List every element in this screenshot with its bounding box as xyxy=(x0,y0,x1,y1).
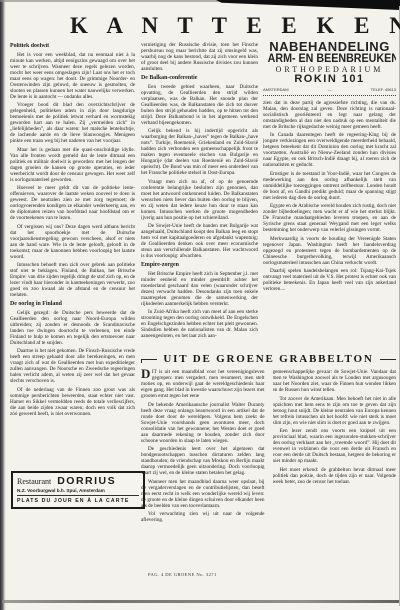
dorrius-name: DORRIUS xyxy=(57,475,116,487)
section-heading-balkan-conferentie: De Balkan-conferentie xyxy=(141,75,258,81)
grabbelton-columns: DIT is uit een maandblad voor het vereen… xyxy=(141,369,396,557)
dorrius-address: N.Z. Voorburgwal b.h. Spui, Amsterdam xyxy=(17,488,139,493)
paragraph-text: IT is uit een maandblad voor het vereeni… xyxy=(141,369,265,399)
paragraph: DIT is uit een maandblad voor het vereen… xyxy=(141,369,265,399)
paragraph: Gelijk gezegd: de Duitsche pers beweerde… xyxy=(10,310,135,346)
page-footer: PAG. 4 DE GROENE No. 3271 xyxy=(148,572,217,577)
dorrius-title-row: Restaurant DORRIUS xyxy=(17,475,139,487)
section-heading-oorlog-in-finland: De oorlog in Finland xyxy=(10,301,135,307)
paragraph: Gelijk bekend is hij indertijd opgericht… xyxy=(141,128,258,176)
paragraph: De Sowjet-Unie heeft de banden met Bulga… xyxy=(141,223,258,259)
grabbelton-section: UIT DE GROENE GRABBELTON DIT is uit een … xyxy=(141,353,396,557)
paragraph: Daartoe is het niet gekomen. De Finsch-R… xyxy=(10,348,135,384)
paragraph: Een tweede gebied waarheen, naar Duitsch… xyxy=(141,84,258,126)
paragraph: Hoeveel te meer geldt dit van de politie… xyxy=(10,185,135,221)
paragraph: Wanneer men het maandblad daarna weer op… xyxy=(141,479,265,509)
dorrius-menu-line: PLATS DU JOUR EN À LA CARTE xyxy=(17,498,139,504)
section-heading-empire-zorgen: Empire-zorgen xyxy=(141,262,258,268)
paragraph: De bekende Amerikaansche journalist Walt… xyxy=(141,402,265,444)
heading-rule-left xyxy=(141,359,157,360)
paragraph: Egypte en de Arabische wereld houden zic… xyxy=(263,203,396,233)
column-middle: vernietiging der Russische divisie, toen… xyxy=(141,42,258,350)
paragraph: Het moet erkend: de grabbelton bevat dit… xyxy=(273,467,397,485)
scan-edge-left xyxy=(0,0,6,610)
paragraph: Het is voor een weekblad, dat nu eenmaal… xyxy=(10,52,135,100)
grabbelton-heading-row: UIT DE GROENE GRABBELTON xyxy=(141,353,396,365)
ortho-ad-line2: ARM- EN BEENBREUKEN xyxy=(268,53,392,65)
paragraph: vernietiging der Russische divisie, toen… xyxy=(141,42,258,72)
paragraph: zien dat in deze partij de agressiefste … xyxy=(263,100,396,130)
scan-shadow-top-right xyxy=(216,0,400,10)
paragraph: Vroeger bood dit blad den overzichtschri… xyxy=(10,102,135,144)
paragraph: Maar het is gedaan met die quasi-onschul… xyxy=(10,147,135,183)
paragraph: Vol verwachting zien wij uit naar de vol… xyxy=(141,511,265,523)
ortho-ad-dash: — xyxy=(328,87,332,93)
ortho-ad-line4: ROKIN 101 xyxy=(263,74,396,85)
paragraph: Of de nederlaag van de Finnen zoo groot … xyxy=(10,387,135,417)
scan-edge-top xyxy=(0,0,232,2)
drop-cap: D xyxy=(141,369,150,380)
paragraph: Merkwaardig is voorts de houding der Ver… xyxy=(263,236,396,266)
column-left: Politiek doelwit Het is voor een weekbla… xyxy=(10,43,135,469)
heading-rule-right xyxy=(380,359,396,360)
ortho-ad-line1: NABEHANDELING xyxy=(263,40,396,53)
paragraph: Vraagt men zich nu af, of op de genoemde… xyxy=(141,179,258,221)
paragraph: Een lezer zendt ons voorts een knipsel u… xyxy=(273,428,397,464)
dorrius-restaurant-label: Restaurant xyxy=(17,477,51,486)
paragraph: Daarbij spelen handelsbelangen een rol: … xyxy=(263,268,396,292)
grabbelton-column-right: gemeenschappelijke gevaar: de Sowjet-Uni… xyxy=(273,369,397,557)
section-heading-politiek-doelwit: Politiek doelwit xyxy=(10,43,135,49)
orthopedarium-ad: NABEHANDELING ARM- EN BEENBREUKEN ORTHOP… xyxy=(263,40,396,96)
newspaper-page: K A N T T E E K E N I N G E N Politiek d… xyxy=(0,0,400,610)
dorrius-divider xyxy=(17,495,139,496)
column-right: NABEHANDELING ARM- EN BEENBREUKEN ORTHOP… xyxy=(263,40,396,351)
paragraph: Het Britsche Empire heeft zich in Septem… xyxy=(141,271,258,307)
grabbelton-heading: UIT DE GROENE GRABBELTON xyxy=(163,353,373,365)
ortho-ad-city: AMSTERDAM xyxy=(263,87,289,93)
ortho-ad-phone: TELEF. 40613 xyxy=(371,87,396,93)
scan-edge-bottom xyxy=(2,600,400,603)
page-title: K A N T T E E K E N I N G E N xyxy=(70,13,380,39)
paragraph: De geschiedenis leert over het algemeen … xyxy=(141,446,265,476)
paragraph: gemeenschappelijke gevaar: de Sowjet-Uni… xyxy=(273,369,397,393)
paragraph: In Zuid-Afrika heeft zich van meet af aa… xyxy=(141,309,258,339)
grabbelton-column-left: DIT is uit een maandblad voor het vereen… xyxy=(141,369,265,557)
paragraph: Of vergissen wij ons? Deze dagen werd al… xyxy=(10,224,135,260)
paragraph: Ernstiger is de toestand in Voor-Indië, … xyxy=(263,171,396,201)
paragraph: In Canada daarentegen heeft de regeering… xyxy=(263,132,396,168)
restaurant-dorrius-ad: Restaurant DORRIUS N.Z. Voorburgwal b.h.… xyxy=(11,471,145,509)
paragraph: Intusschen behoeft men zich over gebrek … xyxy=(10,262,135,298)
ortho-ad-contact-row: AMSTERDAM — TELEF. 40613 xyxy=(263,87,396,93)
paragraph: Tot zoover de Amerikaan. Men behoeft het… xyxy=(273,396,397,426)
